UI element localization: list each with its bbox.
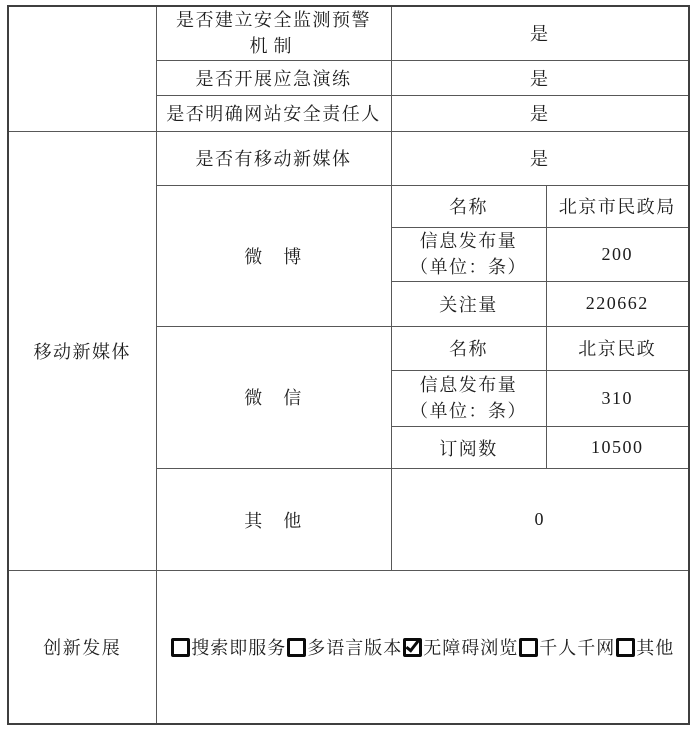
- row-has-new-media: 移动新媒体 是否有移动新媒体 是: [8, 131, 689, 185]
- checkbox-icon-other[interactable]: [616, 638, 635, 657]
- weibo-followers-label: 关注量: [391, 281, 546, 326]
- checkbox-icon-accessibility[interactable]: [403, 638, 422, 657]
- section-label-mobile-media: 移动新媒体: [8, 131, 156, 571]
- weibo-name-label: 名称: [391, 185, 546, 227]
- answer-cell-responsible: 是: [391, 95, 689, 131]
- wechat-name-value: 北京民政: [546, 326, 689, 370]
- wechat-subscribers-value: 10500: [546, 427, 689, 469]
- innovation-checkboxes-cell: 搜索即服务多语言版本无障碍浏览千人千网其他: [156, 571, 689, 724]
- wechat-posts-line2: （单位：条）: [392, 398, 546, 424]
- wechat-posts-value: 310: [546, 370, 689, 426]
- checkbox-icon-personalized[interactable]: [519, 638, 538, 657]
- wechat-name-label: 名称: [391, 326, 546, 370]
- wechat-label-cell: 微 信: [156, 326, 391, 468]
- checkbox-icon-multilingual[interactable]: [287, 638, 306, 657]
- answer-cell-monitor: 是: [391, 6, 689, 60]
- weibo-label-cell: 微 博: [156, 185, 391, 326]
- section-label-cell-empty: [8, 6, 156, 131]
- question-label-responsible: 是否明确网站安全责任人: [156, 95, 391, 131]
- row-innovation: 创新发展 搜索即服务多语言版本无障碍浏览千人千网其他: [8, 571, 689, 724]
- weibo-posts-line1: 信息发布量: [392, 228, 546, 254]
- annual-report-table: 是否建立安全监测预警 机制 是 是否开展应急演练 是 是否明确网站安全责任人 是…: [7, 5, 690, 725]
- question-line1: 是否建立安全监测预警: [157, 7, 391, 33]
- checkbox-label-multilingual: 多语言版本: [307, 638, 402, 658]
- question-line2: 机制: [157, 33, 391, 59]
- checkbox-label-personalized: 千人千网: [539, 638, 615, 658]
- checkbox-icon-search-service[interactable]: [171, 638, 190, 657]
- section-label-innovation: 创新发展: [8, 571, 156, 724]
- question-label-monitor: 是否建立安全监测预警 机制: [156, 6, 391, 60]
- checkbox-label-search-service: 搜索即服务: [191, 638, 286, 658]
- checkbox-item-personalized[interactable]: 千人千网: [518, 638, 615, 658]
- checkbox-label-accessibility: 无障碍浏览: [423, 638, 518, 658]
- row-security-monitor: 是否建立安全监测预警 机制 是: [8, 6, 689, 60]
- checkbox-item-accessibility[interactable]: 无障碍浏览: [402, 638, 518, 658]
- wechat-subscribers-label: 订阅数: [391, 427, 546, 469]
- weibo-posts-line2: （单位：条）: [392, 254, 546, 280]
- other-media-value: 0: [391, 469, 689, 571]
- checkbox-item-other[interactable]: 其他: [615, 638, 674, 658]
- checkbox-label-other: 其他: [636, 638, 674, 658]
- weibo-posts-label: 信息发布量 （单位：条）: [391, 227, 546, 281]
- question-label-has-new-media: 是否有移动新媒体: [156, 131, 391, 185]
- report-page: 是否建立安全监测预警 机制 是 是否开展应急演练 是 是否明确网站安全责任人 是…: [0, 0, 700, 734]
- other-media-label: 其 他: [156, 469, 391, 571]
- checkbox-item-multilingual[interactable]: 多语言版本: [286, 638, 402, 658]
- wechat-posts-label: 信息发布量 （单位：条）: [391, 370, 546, 426]
- question-label-drill: 是否开展应急演练: [156, 60, 391, 95]
- weibo-name-value: 北京市民政局: [546, 185, 689, 227]
- checkbox-item-search-service[interactable]: 搜索即服务: [170, 638, 286, 658]
- weibo-posts-value: 200: [546, 227, 689, 281]
- wechat-posts-line1: 信息发布量: [392, 372, 546, 398]
- answer-cell-drill: 是: [391, 60, 689, 95]
- answer-cell-has-new-media: 是: [391, 131, 689, 185]
- weibo-followers-value: 220662: [546, 281, 689, 326]
